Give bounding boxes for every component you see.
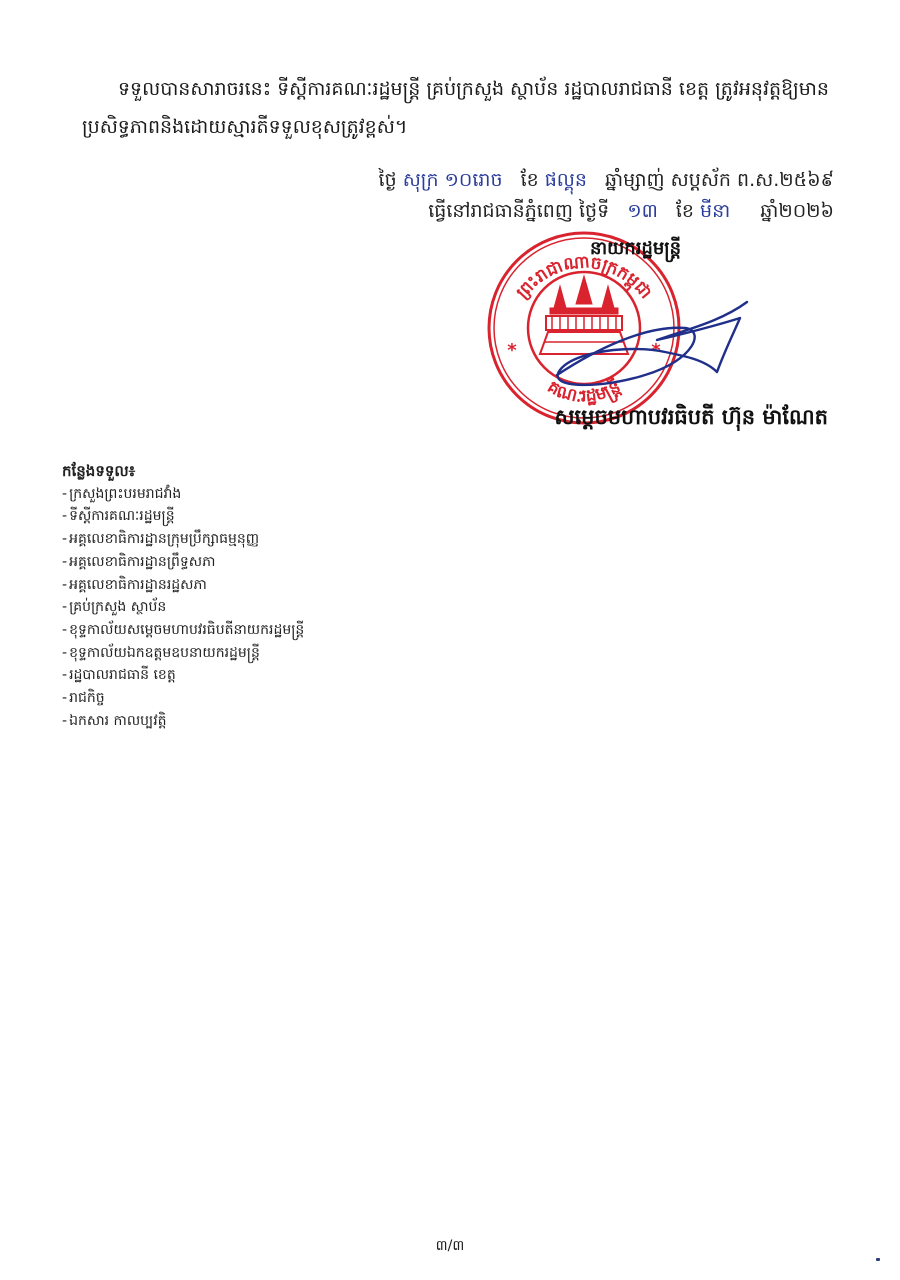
solar-year: ឆ្នាំ២០២៦	[760, 200, 834, 222]
lunar-month-label: ខែ	[521, 169, 539, 191]
lunar-year: ឆ្នាំម្សាញ់ សប្តស័ក ព.ស.២៥៦៩	[605, 169, 834, 191]
solar-month: មីនា	[700, 200, 730, 222]
recipient-item: អគ្គលេខាធិការដ្ឋានក្រុមប្រឹក្សាធម្មនុញ្ញ	[62, 528, 304, 551]
signer-role: នាយករដ្ឋមន្ត្រី	[590, 236, 681, 263]
document-page: ទទួលបានសារាចរនេះ ទីស្ដីការគណៈរដ្ឋមន្ត្រី…	[0, 0, 900, 1280]
recipient-item: គ្រប់ក្រសួង ស្ថាប័ន	[62, 596, 304, 619]
recipient-item: ខុទ្ទកាល័យសម្ដេចមហាបវរធិបតីនាយករដ្ឋមន្ត្…	[62, 619, 304, 642]
lunar-date-prefix: ថ្ងៃ	[379, 169, 397, 191]
paragraph-line-1: ទទួលបានសារាចរនេះ ទីស្ដីការគណៈរដ្ឋមន្ត្រី…	[82, 70, 862, 108]
recipient-item: ទីស្ដីការគណៈរដ្ឋមន្ត្រី	[62, 505, 304, 528]
signer-name: សម្ដេចមហាបវរធិបតី ហ៊ុន ម៉ាណែត	[554, 404, 828, 435]
solar-day-label: ថ្ងៃទី	[579, 200, 609, 222]
recipient-item: អគ្គលេខាធិការដ្ឋានរដ្ឋសភា	[62, 574, 304, 597]
lunar-day: ១០រោច	[445, 169, 503, 191]
recipient-item: ក្រសួងព្រះបរមរាជវាំង	[62, 483, 304, 506]
issue-place: ធ្វើនៅរាជធានីភ្នំពេញ	[428, 200, 573, 222]
solar-date: ធ្វើនៅរាជធានីភ្នំពេញ ថ្ងៃទី ១៣ ខែ មីនា ឆ…	[428, 199, 834, 227]
ink-speck	[876, 1258, 880, 1261]
recipient-item: រដ្ឋបាលរាជធានី ខេត្ត	[62, 664, 304, 687]
solar-month-label: ខែ	[676, 200, 694, 222]
recipient-item: ឯកសារ កាលប្បវត្តិ	[62, 710, 304, 733]
lunar-weekday: សុក្រ	[403, 169, 439, 191]
lunar-date: ថ្ងៃ សុក្រ ១០រោច ខែ ផល្គុន ឆ្នាំម្សាញ់ ស…	[379, 168, 834, 196]
page-number: ៣/៣	[0, 1236, 900, 1257]
svg-text:*: *	[507, 340, 517, 361]
recipients-heading: កន្លែងទទួល៖	[62, 460, 304, 483]
recipient-item: រាជកិច្ច	[62, 687, 304, 710]
handwritten-signature-icon	[535, 290, 755, 400]
solar-day: ១៣	[627, 200, 658, 222]
recipient-item: ខុទ្ទកាល័យឯកឧត្តមឧបនាយករដ្ឋមន្ត្រី	[62, 642, 304, 665]
recipient-item: អគ្គលេខាធិការដ្ឋានព្រឹទ្ធសភា	[62, 551, 304, 574]
closing-paragraph: ទទួលបានសារាចរនេះ ទីស្ដីការគណៈរដ្ឋមន្ត្រី…	[82, 70, 862, 146]
paragraph-line-2: ប្រសិទ្ធភាពនិងដោយស្មារតីទទួលខុសត្រូវខ្ពស…	[82, 108, 862, 146]
recipients-list: កន្លែងទទួល៖ ក្រសួងព្រះបរមរាជវាំងទីស្ដីកា…	[62, 460, 304, 732]
lunar-month: ផល្គុន	[545, 169, 587, 191]
